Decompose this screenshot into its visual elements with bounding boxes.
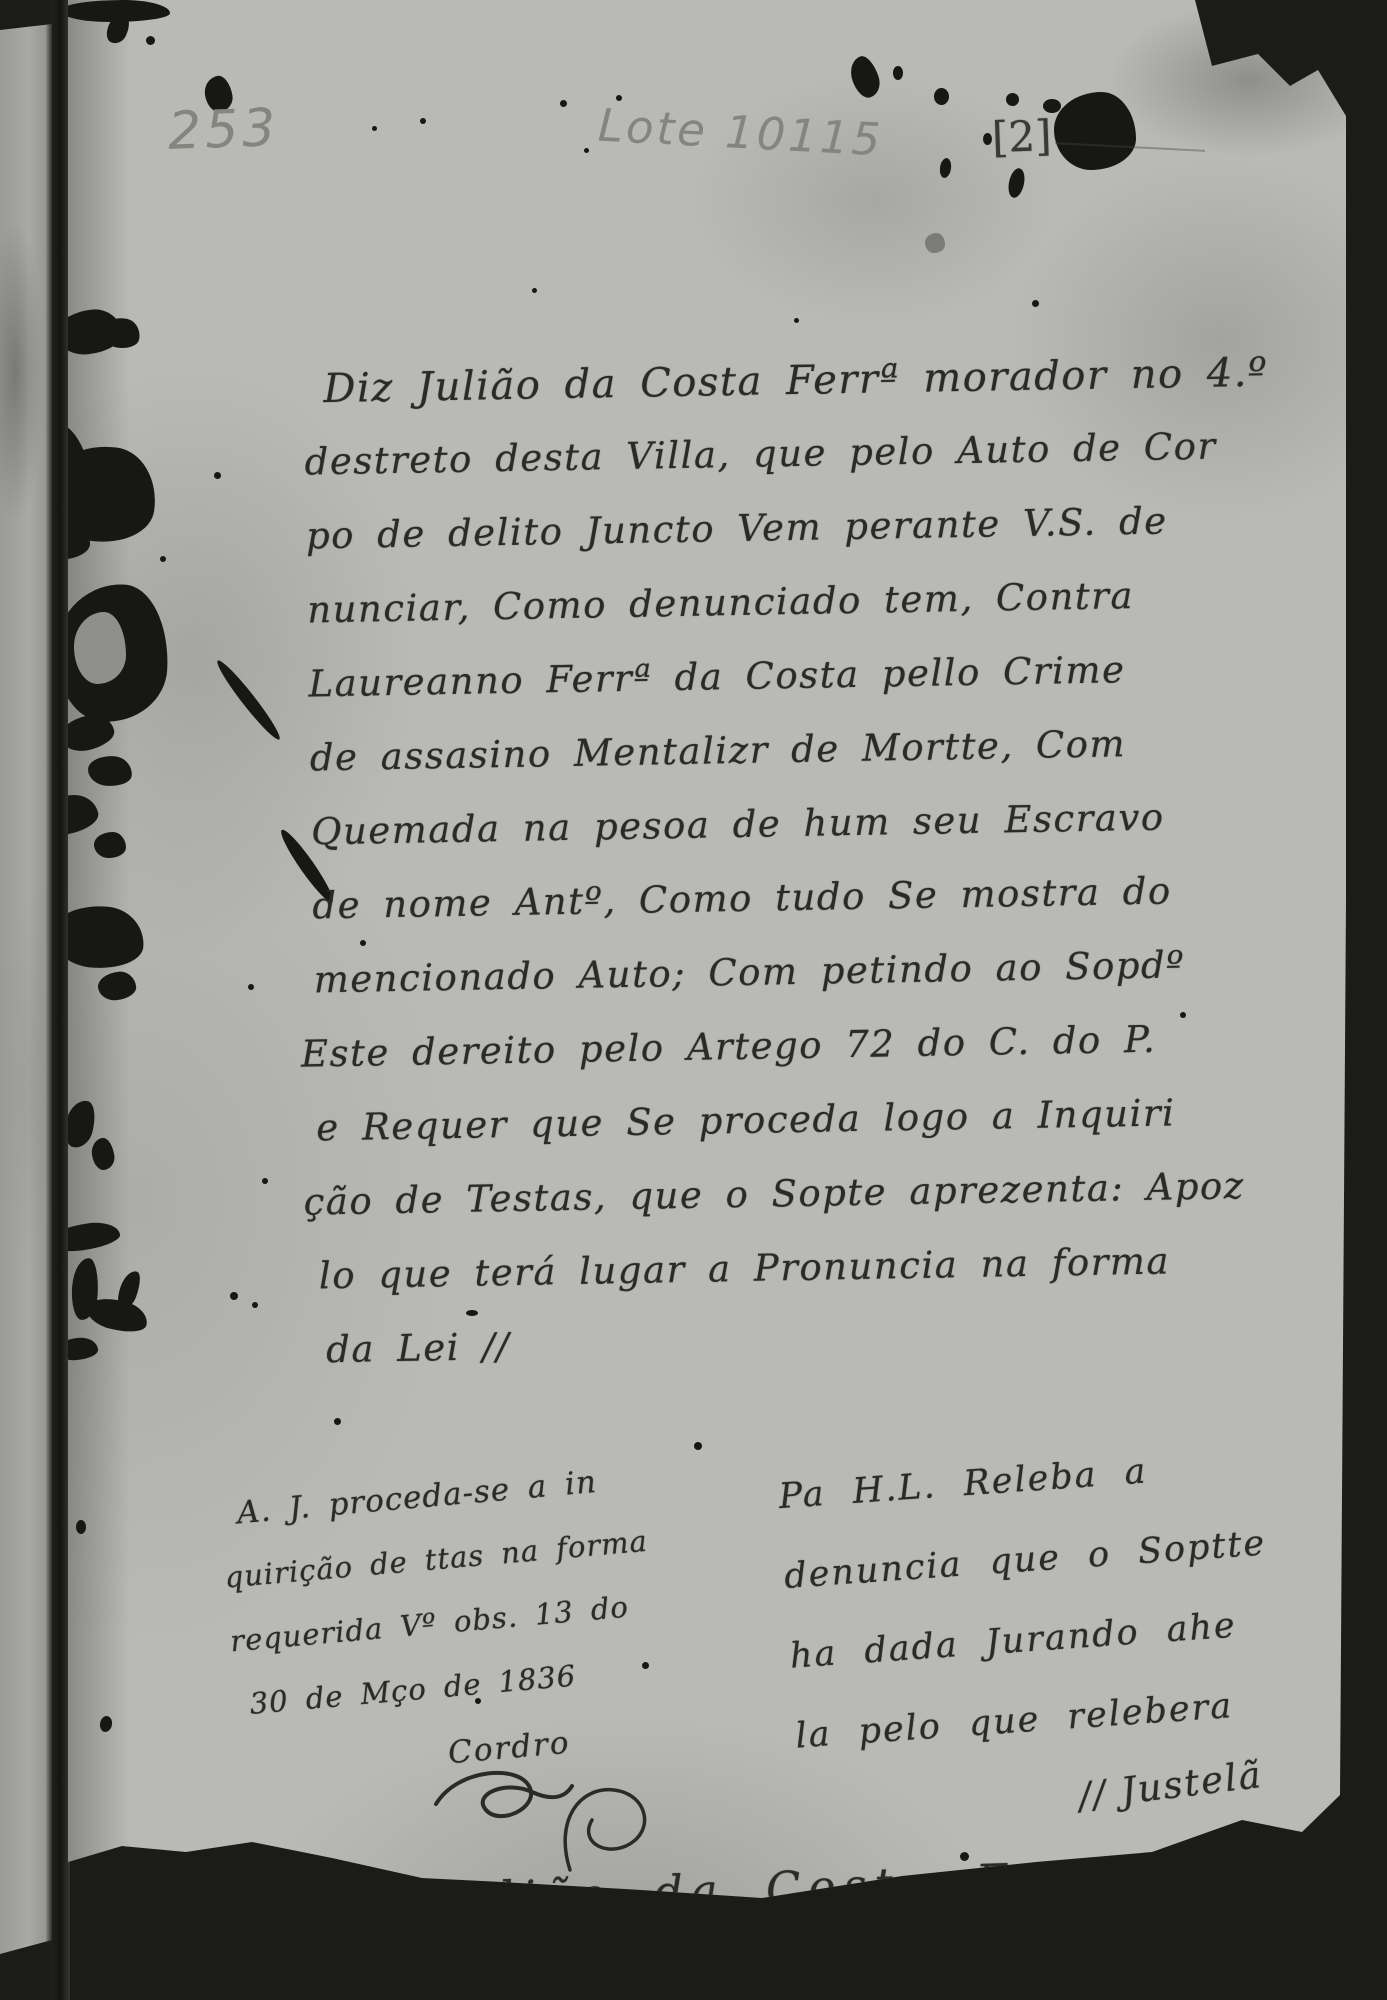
petition-line: da Lei // [326, 1312, 1286, 1403]
pencil-folio-number: 253 [167, 98, 280, 162]
ink-stain [252, 1302, 258, 1308]
ink-stain [334, 1418, 341, 1425]
ink-stain [532, 288, 537, 293]
ink-stain [420, 118, 426, 124]
ink-stain [213, 657, 285, 744]
binding-gutter [46, 0, 70, 2000]
petitioner-signature: Julião da Costa Frra [435, 1850, 1109, 1926]
ink-stain [262, 1178, 268, 1184]
ink-stain [893, 66, 903, 80]
page-paper: 253 Lote 10115 [2] Diz Julião da Costa F… [0, 0, 1387, 2000]
ink-stain [694, 1442, 702, 1450]
ink-stain [97, 970, 138, 1002]
ink-stain [94, 832, 126, 858]
left-page-stub [0, 24, 52, 1954]
ink-stain [1006, 167, 1027, 199]
ink-stain [76, 1520, 86, 1534]
ink-stain [372, 126, 377, 131]
petition-text: Diz Julião da Costa Ferrª morador no 4.º… [303, 350, 1286, 1403]
releva-note-block: Pa H.L. Releba a denuncia que o Soptte h… [777, 1444, 1281, 1797]
ink-stain [1006, 93, 1019, 106]
ink-stain [230, 1292, 238, 1300]
ink-stain [60, 0, 170, 22]
ink-stain [934, 88, 949, 105]
ink-stain [925, 233, 945, 253]
ink-stain [1054, 92, 1136, 170]
ink-stain [248, 984, 254, 990]
ink-stain [584, 148, 589, 153]
ink-page-number: [2] [991, 111, 1052, 162]
ink-stain [114, 1268, 145, 1312]
ink-stain [846, 53, 884, 101]
pencil-lot-number: Lote 10115 [597, 99, 885, 167]
document-scan-page: 253 Lote 10115 [2] Diz Julião da Costa F… [0, 0, 1387, 2000]
ink-stain [160, 556, 166, 562]
ink-stain [99, 1715, 114, 1733]
despacho-block: A. J. proceda-se a in quirição de ttas n… [218, 1460, 663, 1752]
ink-stain [90, 1137, 116, 1172]
ink-stain [87, 755, 133, 788]
signature-loop [552, 1780, 662, 1875]
ink-stain [794, 318, 799, 323]
ink-stain [1032, 300, 1039, 307]
ink-stain [560, 100, 567, 107]
ink-stain [74, 612, 126, 684]
ink-stain [214, 472, 221, 479]
ink-stain [939, 157, 953, 178]
ink-stain [146, 36, 155, 45]
ink-stain [983, 133, 992, 145]
